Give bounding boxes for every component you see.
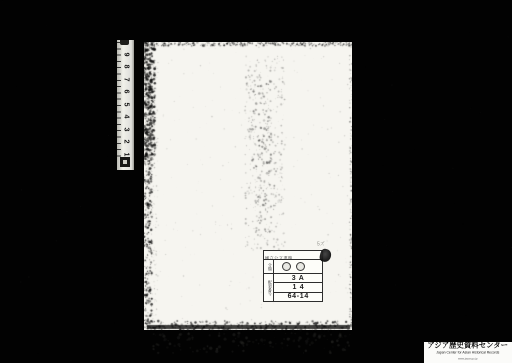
stamp-value: 1 4 [292, 284, 304, 292]
stamp-label-column: 分類 配架番号 [264, 260, 274, 301]
jacar-watermark-url: www.jacar.go.jp [458, 358, 477, 361]
ruler-digit: 5 [123, 101, 129, 107]
jacar-watermark-title: アジア歴史資料センター [428, 342, 509, 349]
ruler-digit: 4 [123, 113, 129, 119]
ruler-digit: 7 [123, 76, 129, 82]
seal-circle-icon [282, 262, 291, 271]
stamp-classification-label: 分類 [267, 263, 271, 271]
ruler-digit: 3 [123, 126, 129, 132]
stamp-value-row: 1 4 [274, 283, 322, 292]
ruler-digit: 8 [123, 63, 129, 69]
ruler-digit: 6 [123, 88, 129, 94]
stamp-value-row: 3 A [274, 274, 322, 283]
stamp-header-row: 國立公文書館 [264, 251, 322, 260]
archival-scan-viewport: 9 8 7 6 5 4 3 2 1 國立公文書館 分類 配架番号 [0, 0, 512, 363]
stamp-value: 3 A [292, 274, 305, 282]
stamp-shelf-cell: 配架番号 [264, 274, 273, 301]
handwritten-mark: 5ズ [317, 242, 325, 247]
stamp-value-row: 64-14 [274, 293, 322, 301]
archive-call-number-stamp: 國立公文書館 分類 配架番号 3 A 1 4 [263, 250, 323, 302]
seal-circle-icon [296, 262, 305, 271]
jacar-watermark: アジア歴史資料センター Japan Center for Asian Histo… [424, 342, 512, 363]
jacar-watermark-subtitle: Japan Center for Asian Historical Record… [436, 351, 499, 354]
stamp-value: 64-14 [287, 293, 308, 301]
ruler-ticks [117, 42, 121, 158]
stamp-value-column: 3 A 1 4 64-14 [274, 260, 322, 301]
ruler-top-mark [120, 40, 129, 45]
ruler-digit: 2 [123, 138, 129, 144]
stamp-classification-cell: 分類 [264, 260, 273, 274]
photo-ruler: 9 8 7 6 5 4 3 2 1 [117, 40, 134, 170]
ruler-digit: 9 [123, 51, 129, 57]
ruler-logo-square [120, 157, 130, 167]
stamp-shelf-label: 配架番号 [267, 280, 271, 295]
stamp-seal-row [274, 260, 322, 274]
